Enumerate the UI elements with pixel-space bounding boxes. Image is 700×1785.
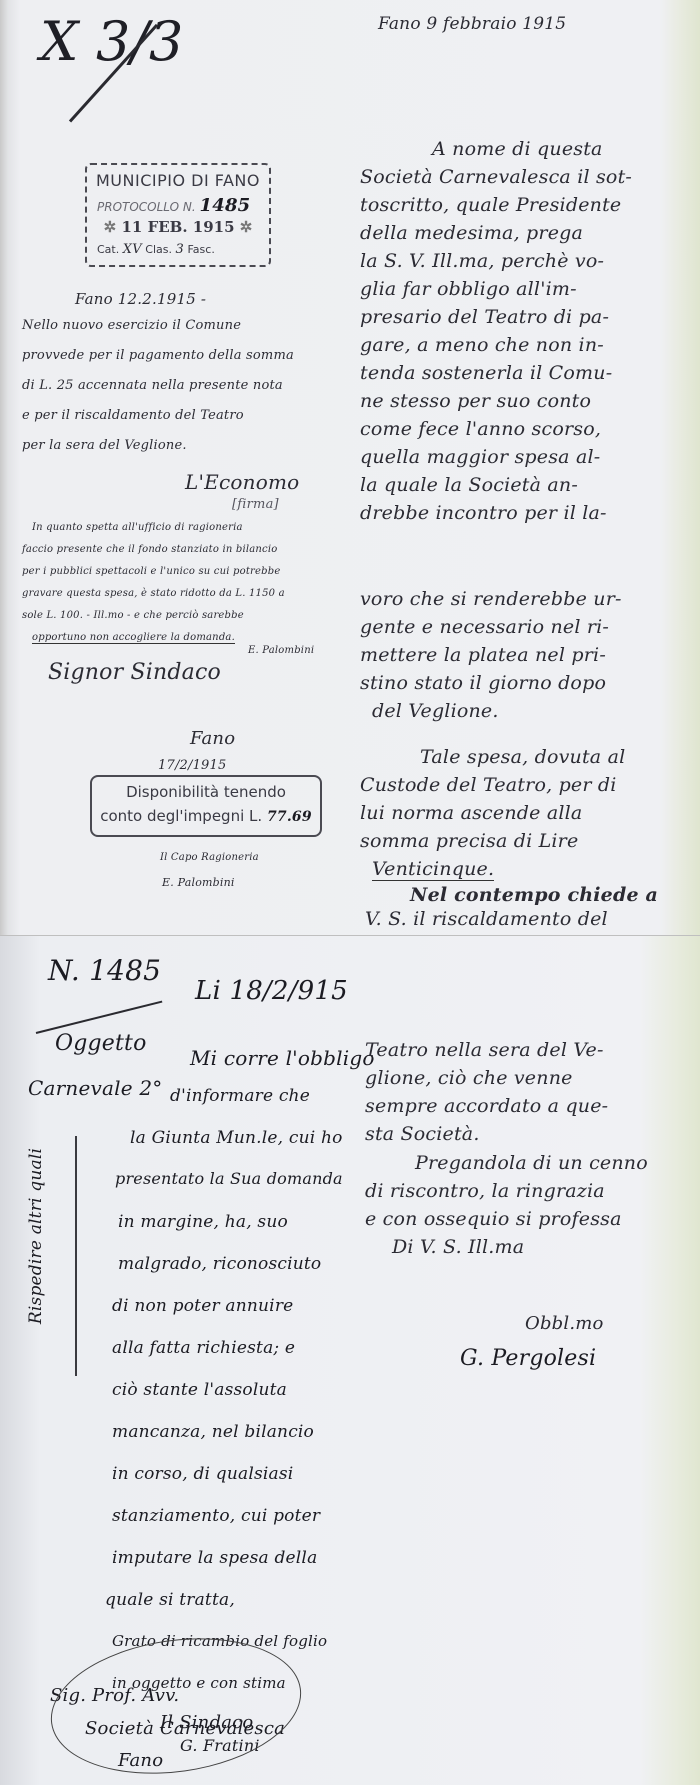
protocol-stamp: MUNICIPIO DI FANO PROTOCOLLO N. 1485 ✲ 1… <box>85 163 271 267</box>
economo-signature: [firma] <box>232 497 279 512</box>
protocol-number: 1485 <box>200 195 251 216</box>
top-sheet: X 3/3 MUNICIPIO DI FANO PROTOCOLLO N. 14… <box>0 0 700 936</box>
letter-signature: G. Pergolesi <box>460 1346 596 1371</box>
economo-closing: L'Economo <box>185 470 299 494</box>
stamp-date: ✲ 11 FEB. 1915 ✲ <box>87 218 269 236</box>
folio-mark: X 3/3 <box>40 10 184 73</box>
disponibilita-stamp: Disponibilità tenendo conto degl'impegni… <box>90 775 322 837</box>
addressee-sindaco: Signor Sindaco <box>48 660 221 685</box>
subject-value: Carnevale 2° <box>28 1076 162 1100</box>
disp-place: Fano <box>190 728 235 749</box>
reply-date: Li 18/2/915 <box>195 976 348 1006</box>
disp-amount: 77.69 <box>267 809 312 825</box>
reply-protocol-number: N. 1485 <box>48 954 161 987</box>
disp-date: 17/2/1915 <box>158 758 226 773</box>
subject-label: Oggetto <box>55 1031 147 1056</box>
stamp-protocollo: PROTOCOLLO N. 1485 <box>87 195 279 216</box>
letter-dateline: Fano 9 febbraio 1915 <box>378 14 566 34</box>
stamp-municipio: MUNICIPIO DI FANO <box>87 171 269 190</box>
margin-note: Rispedire altri quali <box>26 1148 46 1324</box>
ragioneria-signature: E. Palombini <box>248 645 314 656</box>
economo-date: Fano 12.2.1915 - <box>75 290 206 308</box>
margin-rule <box>75 1136 77 1376</box>
divider-stroke <box>36 1001 163 1034</box>
letter-closing: Obbl.mo <box>525 1313 604 1334</box>
stamp-classification: Cat. XV Clas. 3 Fasc. <box>87 242 279 257</box>
